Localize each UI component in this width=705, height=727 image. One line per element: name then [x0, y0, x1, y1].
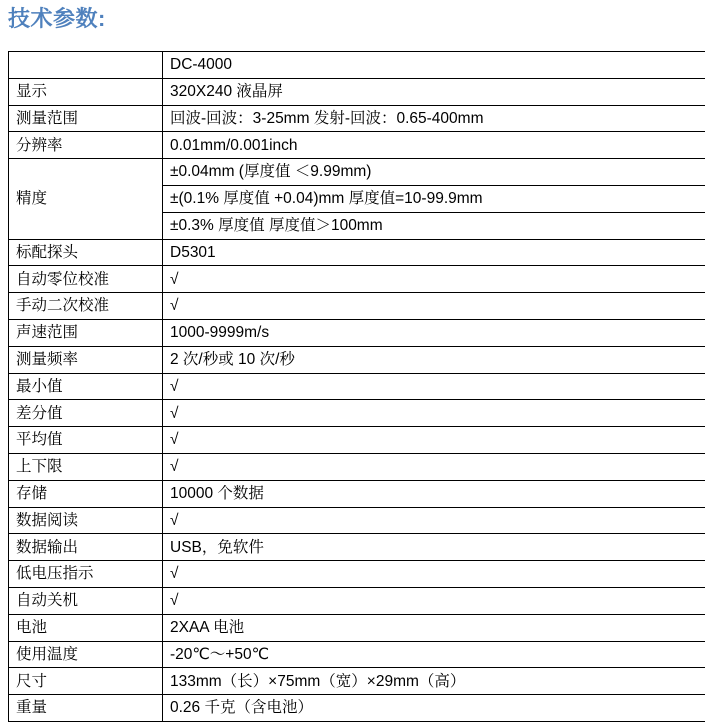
spec-value-cell: 320X240 液晶屏: [163, 78, 705, 105]
spec-label-cell: 精度: [9, 159, 163, 239]
spec-value-cell: 回波-回波：3-25mm 发射-回波：0.65-400mm: [163, 105, 705, 132]
spec-value-cell: USB，免软件: [163, 534, 705, 561]
spec-label-cell: 使用温度: [9, 641, 163, 668]
table-row: 最小值√: [9, 373, 705, 400]
spec-label-cell: 显示: [9, 78, 163, 105]
spec-value-cell: √: [163, 266, 705, 293]
table-row: 标配探头D5301: [9, 239, 705, 266]
spec-value-cell: ±0.3% 厚度值 厚度值＞100mm: [163, 212, 705, 239]
spec-label-cell: 电池: [9, 614, 163, 641]
spec-label-cell: 低电压指示: [9, 561, 163, 588]
spec-value-cell: 2 次/秒或 10 次/秒: [163, 346, 705, 373]
table-row: 显示320X240 液晶屏: [9, 78, 705, 105]
spec-value-cell: √: [163, 453, 705, 480]
table-row: 电池2XAA 电池: [9, 614, 705, 641]
spec-label-cell: 差分值: [9, 400, 163, 427]
table-row: 平均值√: [9, 427, 705, 454]
spec-label-cell: 上下限: [9, 453, 163, 480]
spec-table: DC-4000显示320X240 液晶屏测量范围回波-回波：3-25mm 发射-…: [8, 51, 705, 722]
spec-value-cell: √: [163, 373, 705, 400]
spec-value-cell: √: [163, 400, 705, 427]
spec-label-cell: 数据输出: [9, 534, 163, 561]
spec-value-cell: 0.01mm/0.001inch: [163, 132, 705, 159]
table-row: 使用温度-20℃～+50℃: [9, 641, 705, 668]
table-row: 尺寸133mm（长）×75mm（宽）×29mm（高）: [9, 668, 705, 695]
table-row: 声速范围1000-9999m/s: [9, 319, 705, 346]
spec-label-cell: [9, 52, 163, 79]
spec-value-cell: -20℃～+50℃: [163, 641, 705, 668]
spec-label-cell: 分辨率: [9, 132, 163, 159]
spec-label-cell: 尺寸: [9, 668, 163, 695]
table-row: 分辨率0.01mm/0.001inch: [9, 132, 705, 159]
spec-value-cell: ±0.04mm (厚度值 ＜9.99mm): [163, 159, 705, 186]
spec-label-cell: 标配探头: [9, 239, 163, 266]
spec-value-cell: √: [163, 293, 705, 320]
spec-label-cell: 最小值: [9, 373, 163, 400]
table-row: 测量范围回波-回波：3-25mm 发射-回波：0.65-400mm: [9, 105, 705, 132]
table-row: 自动关机√: [9, 587, 705, 614]
spec-label-cell: 声速范围: [9, 319, 163, 346]
spec-value-cell: 2XAA 电池: [163, 614, 705, 641]
spec-value-cell: 1000-9999m/s: [163, 319, 705, 346]
table-row: 数据阅读√: [9, 507, 705, 534]
spec-value-cell: 0.26 千克（含电池）: [163, 695, 705, 722]
table-row: 存储10000 个数据: [9, 480, 705, 507]
table-row: 差分值√: [9, 400, 705, 427]
spec-label-cell: 自动零位校准: [9, 266, 163, 293]
spec-value-cell: ±(0.1% 厚度值 +0.04)mm 厚度值=10-99.9mm: [163, 185, 705, 212]
spec-label-cell: 数据阅读: [9, 507, 163, 534]
spec-value-cell: √: [163, 561, 705, 588]
spec-label-cell: 存储: [9, 480, 163, 507]
spec-value-cell: 133mm（长）×75mm（宽）×29mm（高）: [163, 668, 705, 695]
spec-label-cell: 测量范围: [9, 105, 163, 132]
spec-value-cell: D5301: [163, 239, 705, 266]
table-row: 手动二次校准√: [9, 293, 705, 320]
spec-label-cell: 测量频率: [9, 346, 163, 373]
spec-value-cell: 10000 个数据: [163, 480, 705, 507]
table-row: 自动零位校准√: [9, 266, 705, 293]
spec-value-cell: √: [163, 587, 705, 614]
spec-value-cell: √: [163, 427, 705, 454]
table-row: DC-4000: [9, 52, 705, 79]
table-row: 低电压指示√: [9, 561, 705, 588]
document-page: 技术参数: DC-4000显示320X240 液晶屏测量范围回波-回波：3-25…: [0, 0, 705, 727]
table-row: 重量0.26 千克（含电池）: [9, 695, 705, 722]
table-row: 精度±0.04mm (厚度值 ＜9.99mm): [9, 159, 705, 186]
spec-label-cell: 自动关机: [9, 587, 163, 614]
spec-label-cell: 重量: [9, 695, 163, 722]
spec-table-body: DC-4000显示320X240 液晶屏测量范围回波-回波：3-25mm 发射-…: [9, 52, 705, 722]
spec-value-cell: DC-4000: [163, 52, 705, 79]
page-title: 技术参数:: [8, 4, 106, 34]
spec-value-cell: √: [163, 507, 705, 534]
table-row: 数据输出USB，免软件: [9, 534, 705, 561]
table-row: 上下限√: [9, 453, 705, 480]
spec-label-cell: 平均值: [9, 427, 163, 454]
table-row: 测量频率2 次/秒或 10 次/秒: [9, 346, 705, 373]
spec-label-cell: 手动二次校准: [9, 293, 163, 320]
